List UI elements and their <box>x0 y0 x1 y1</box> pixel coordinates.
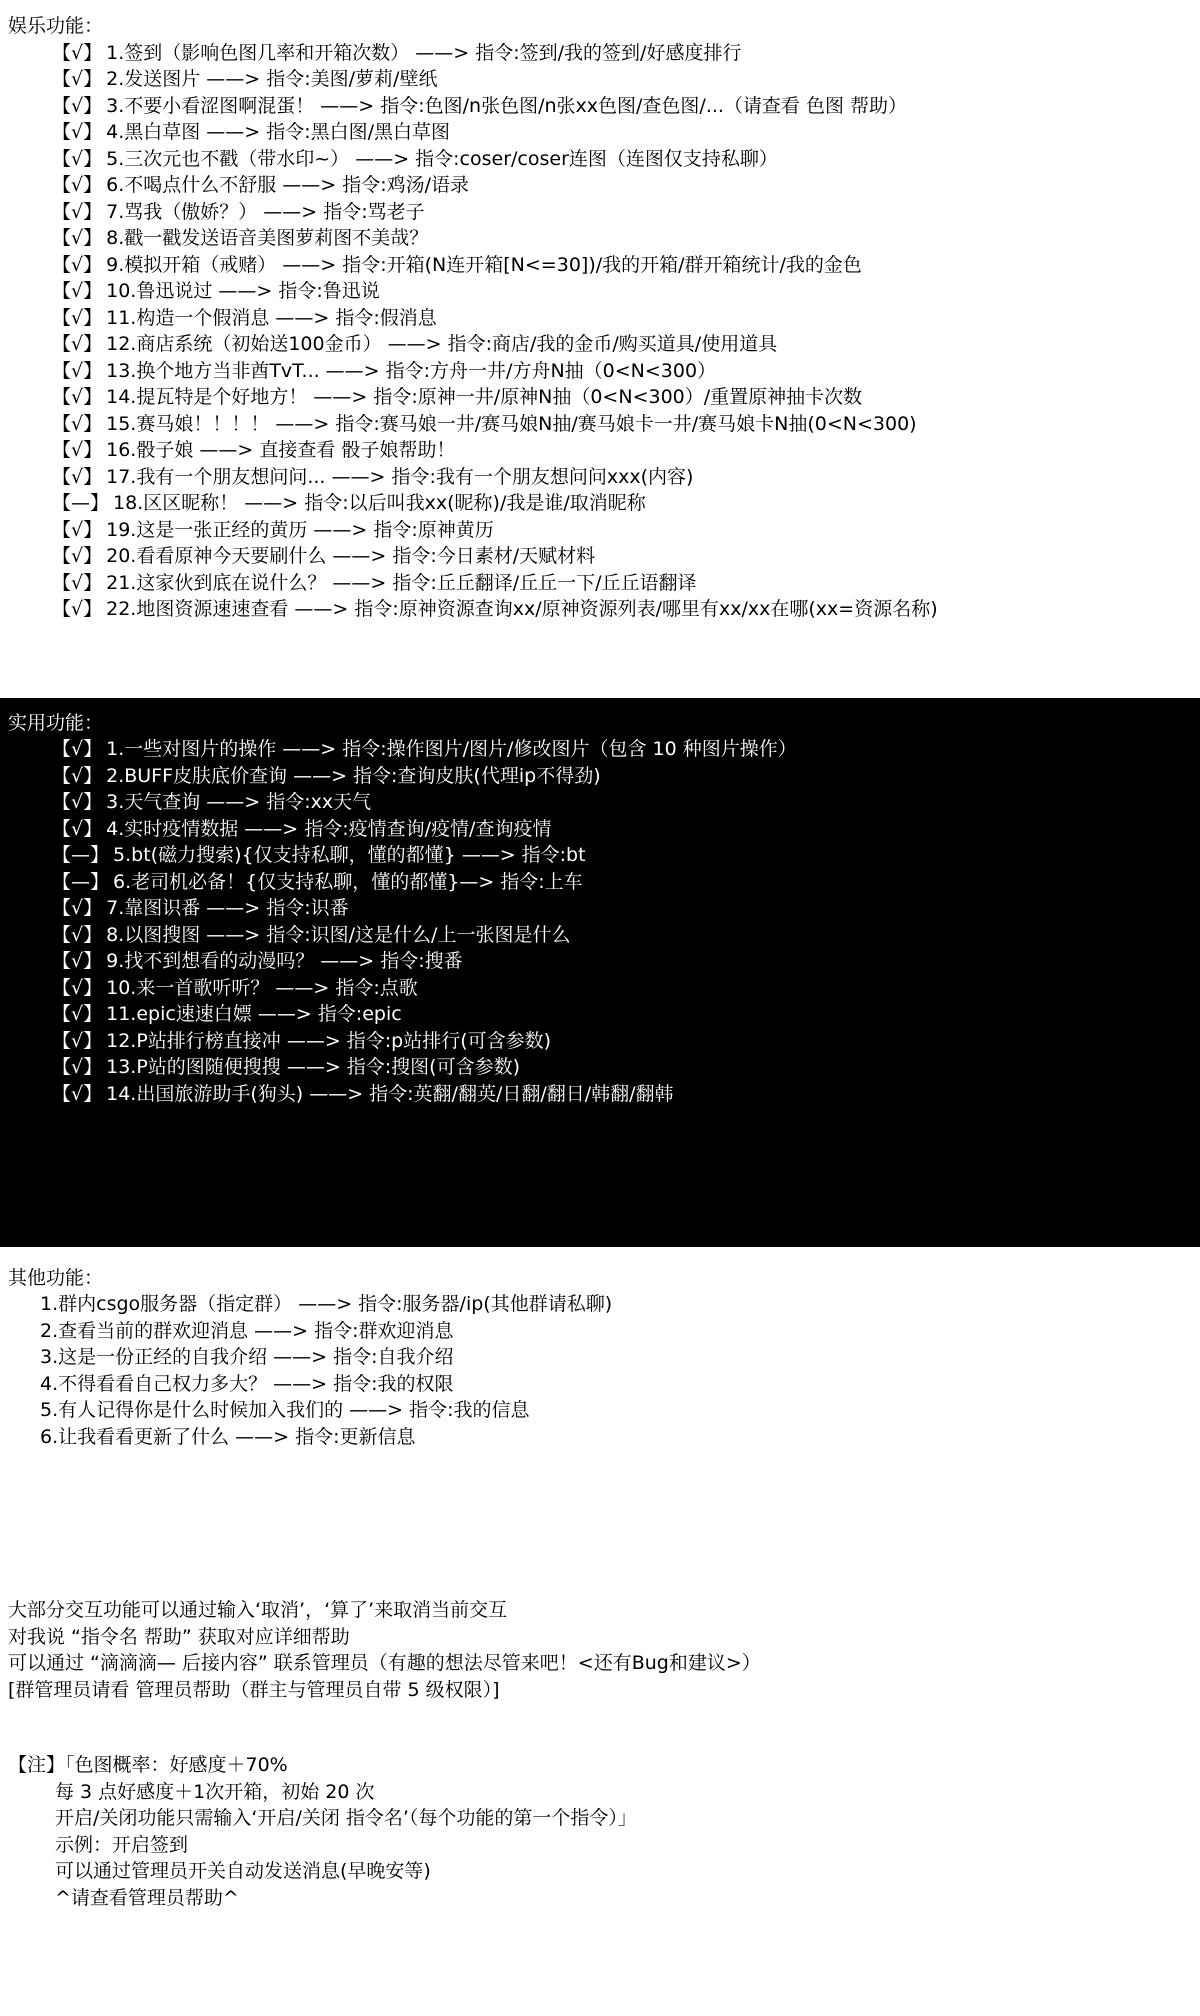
status-mark: 【—】 <box>52 869 109 896</box>
feature-item: 【√】4.实时疫情数据 ——> 指令:疫情查询/疫情/查询疫情 <box>52 816 1200 843</box>
feature-item: 【√】14.出国旅游助手(狗头) ——> 指令:英翻/翻英/日翻/翻日/韩翻/翻… <box>52 1081 1200 1108</box>
feature-text: 18.区区昵称！ ——> 指令:以后叫我xx(昵称)/我是谁/取消昵称 <box>113 492 646 514</box>
note-line: 对我说 “指令名 帮助” 获取对应详细帮助 <box>8 1624 1200 1651</box>
feature-text: 4.实时疫情数据 ——> 指令:疫情查询/疫情/查询疫情 <box>106 818 551 840</box>
remark-line: 可以通过管理员开关自动发送消息(早晚安等) <box>55 1858 1200 1885</box>
feature-text: 3.不要小看涩图啊混蛋！ ——> 指令:色图/n张色图/n张xx色图/查色图/.… <box>106 95 907 117</box>
feature-item: 【—】18.区区昵称！ ——> 指令:以后叫我xx(昵称)/我是谁/取消昵称 <box>52 490 1200 517</box>
usage-notes-list: 大部分交互功能可以通过输入‘取消’，‘算了’来取消当前交互 对我说 “指令名 帮… <box>8 1597 1200 1703</box>
note-line: [群管理员请看 管理员帮助（群主与管理员自带 5 级权限）] <box>8 1677 1200 1704</box>
feature-text: 21.这家伙到底在说什么？ ——> 指令:丘丘翻译/丘丘一下/丘丘语翻译 <box>106 572 696 594</box>
feature-item: 【√】3.天气查询 ——> 指令:xx天气 <box>52 789 1200 816</box>
feature-text: 13.换个地方当非酋TvT... ——> 指令:方舟一井/方舟N抽（0<N<30… <box>106 360 716 382</box>
feature-item: 3.这是一份正经的自我介绍 ——> 指令:自我介绍 <box>40 1344 1200 1371</box>
status-mark: 【√】 <box>52 331 102 358</box>
practical-feature-list: 【√】1.一些对图片的操作 ——> 指令:操作图片/图片/修改图片（包含 10 … <box>8 736 1200 1107</box>
feature-item: 【√】7.靠图识番 ——> 指令:识番 <box>52 895 1200 922</box>
feature-item: 【√】16.骰子娘 ——> 直接查看 骰子娘帮助！ <box>52 437 1200 464</box>
remark-line: 开启/关闭功能只需输入‘开启/关闭 指令名’（每个功能的第一个指令）」 <box>55 1805 1200 1832</box>
feature-item: 【√】4.黑白草图 ——> 指令:黑白图/黑白草图 <box>52 119 1200 146</box>
status-mark: 【√】 <box>52 736 102 763</box>
usage-notes: 大部分交互功能可以通过输入‘取消’，‘算了’来取消当前交互 对我说 “指令名 帮… <box>0 1597 1200 1703</box>
feature-item: 【√】1.一些对图片的操作 ——> 指令:操作图片/图片/修改图片（包含 10 … <box>52 736 1200 763</box>
remark-line: 示例：开启签到 <box>55 1832 1200 1859</box>
feature-item: 【√】5.三次元也不戳（带水印~） ——> 指令:coser/coser连图（连… <box>52 146 1200 173</box>
status-mark: 【√】 <box>52 119 102 146</box>
feature-text: 8.以图搜图 ——> 指令:识图/这是什么/上一张图是什么 <box>106 924 570 946</box>
feature-item: 5.有人记得你是什么时候加入我们的 ——> 指令:我的信息 <box>40 1397 1200 1424</box>
note-text: 大部分交互功能可以通过输入‘取消’，‘算了’来取消当前交互 <box>8 1599 507 1621</box>
feature-item: 【√】2.发送图片 ——> 指令:美图/萝莉/壁纸 <box>52 66 1200 93</box>
practical-section-title: 实用功能： <box>8 710 1200 737</box>
feature-item: 【√】22.地图资源速速查看 ——> 指令:原神资源查询xx/原神资源列表/哪里… <box>52 596 1200 623</box>
feature-item: 【√】3.不要小看涩图啊混蛋！ ——> 指令:色图/n张色图/n张xx色图/查色… <box>52 93 1200 120</box>
status-mark: 【√】 <box>52 93 102 120</box>
feature-item: 【√】8.戳一戳发送语音美图萝莉图不美哉？ <box>52 225 1200 252</box>
status-mark: 【√】 <box>52 895 102 922</box>
note-text: 可以通过 “滴滴滴— 后接内容” 联系管理员（有趣的想法尽管来吧！<还有Bug和… <box>8 1652 761 1674</box>
feature-item: 【√】19.这是一张正经的黄历 ——> 指令:原神黄历 <box>52 517 1200 544</box>
bot-help-document: 娱乐功能： 【√】1.签到（影响色图几率和开箱次数） ——> 指令:签到/我的签… <box>0 0 1200 1911</box>
status-mark: 【√】 <box>52 252 102 279</box>
feature-text: 1.一些对图片的操作 ——> 指令:操作图片/图片/修改图片（包含 10 种图片… <box>106 738 797 760</box>
feature-item: 【√】11.epic速速白嫖 ——> 指令:epic <box>52 1001 1200 1028</box>
status-mark: 【√】 <box>52 922 102 949</box>
status-mark: 【√】 <box>52 358 102 385</box>
status-mark: 【√】 <box>52 146 102 173</box>
feature-text: 17.我有一个朋友想问问... ——> 指令:我有一个朋友想问问xxx(内容) <box>106 466 693 488</box>
status-mark: 【√】 <box>52 411 102 438</box>
section-entertainment: 娱乐功能： 【√】1.签到（影响色图几率和开箱次数） ——> 指令:签到/我的签… <box>0 0 1200 623</box>
feature-item: 【√】12.商店系统（初始送100金币） ——> 指令:商店/我的金币/购买道具… <box>52 331 1200 358</box>
feature-text: 2.查看当前的群欢迎消息 ——> 指令:群欢迎消息 <box>40 1320 454 1342</box>
feature-item: 【—】5.bt(磁力搜索){仅支持私聊，懂的都懂} ——> 指令:bt <box>52 842 1200 869</box>
status-mark: 【√】 <box>52 384 102 411</box>
feature-item: 【√】6.不喝点什么不舒服 ——> 指令:鸡汤/语录 <box>52 172 1200 199</box>
feature-item: 2.查看当前的群欢迎消息 ——> 指令:群欢迎消息 <box>40 1318 1200 1345</box>
status-mark: 【√】 <box>52 1081 102 1108</box>
feature-text: 11.epic速速白嫖 ——> 指令:epic <box>106 1003 402 1025</box>
status-mark: 【√】 <box>52 464 102 491</box>
feature-text: 9.模拟开箱（戒赌） ——> 指令:开箱(N连开箱[N<=30])/我的开箱/群… <box>106 254 862 276</box>
feature-item: 1.群内csgo服务器（指定群） ——> 指令:服务器/ip(其他群请私聊) <box>40 1291 1200 1318</box>
status-mark: 【√】 <box>52 278 102 305</box>
status-mark: 【√】 <box>52 517 102 544</box>
feature-text: 8.戳一戳发送语音美图萝莉图不美哉？ <box>106 227 428 249</box>
status-mark: 【√】 <box>52 596 102 623</box>
remark-head: 【注】「色图概率：好感度＋70% <box>8 1752 1200 1779</box>
feature-text: 3.这是一份正经的自我介绍 ——> 指令:自我介绍 <box>40 1346 454 1368</box>
feature-item: 【√】10.鲁迅说过 ——> 指令:鲁迅说 <box>52 278 1200 305</box>
status-mark: 【√】 <box>52 1001 102 1028</box>
feature-text: 12.商店系统（初始送100金币） ——> 指令:商店/我的金币/购买道具/使用… <box>106 333 777 355</box>
status-mark: 【√】 <box>52 948 102 975</box>
feature-text: 19.这是一张正经的黄历 ——> 指令:原神黄历 <box>106 519 494 541</box>
status-mark: 【—】 <box>52 842 109 869</box>
feature-item: 【√】17.我有一个朋友想问问... ——> 指令:我有一个朋友想问问xxx(内… <box>52 464 1200 491</box>
feature-text: 9.找不到想看的动漫吗？ ——> 指令:搜番 <box>106 950 463 972</box>
status-mark: 【√】 <box>52 763 102 790</box>
status-mark: 【√】 <box>52 816 102 843</box>
remark-text: ^请查看管理员帮助^ <box>55 1887 239 1909</box>
entertainment-feature-list: 【√】1.签到（影响色图几率和开箱次数） ——> 指令:签到/我的签到/好感度排… <box>8 40 1200 623</box>
note-text: [群管理员请看 管理员帮助（群主与管理员自带 5 级权限）] <box>8 1679 500 1701</box>
feature-item: 【√】21.这家伙到底在说什么？ ——> 指令:丘丘翻译/丘丘一下/丘丘语翻译 <box>52 570 1200 597</box>
status-mark: 【√】 <box>52 1028 102 1055</box>
feature-text: 1.签到（影响色图几率和开箱次数） ——> 指令:签到/我的签到/好感度排行 <box>106 42 741 64</box>
remark-block: 【注】「色图概率：好感度＋70% 每 3 点好感度＋1次开箱，初始 20 次 开… <box>0 1752 1200 1911</box>
feature-text: 20.看看原神今天要刷什么 ——> 指令:今日素材/天赋材料 <box>106 545 595 567</box>
feature-item: 【√】13.换个地方当非酋TvT... ——> 指令:方舟一井/方舟N抽（0<N… <box>52 358 1200 385</box>
status-mark: 【√】 <box>52 1054 102 1081</box>
feature-text: 4.黑白草图 ——> 指令:黑白图/黑白草图 <box>106 121 450 143</box>
status-mark: 【√】 <box>52 305 102 332</box>
remark-line: 每 3 点好感度＋1次开箱，初始 20 次 <box>55 1779 1200 1806</box>
other-section-title: 其他功能： <box>8 1265 1200 1292</box>
status-mark: 【√】 <box>52 225 102 252</box>
status-mark: 【√】 <box>52 975 102 1002</box>
feature-text: 11.构造一个假消息 ——> 指令:假消息 <box>106 307 437 329</box>
remark-text: 每 3 点好感度＋1次开箱，初始 20 次 <box>55 1781 375 1803</box>
status-mark: 【√】 <box>52 543 102 570</box>
feature-item: 【√】12.P站排行榜直接冲 ——> 指令:p站排行(可含参数) <box>52 1028 1200 1055</box>
status-mark: 【—】 <box>52 490 109 517</box>
feature-text: 3.天气查询 ——> 指令:xx天气 <box>106 791 371 813</box>
status-mark: 【√】 <box>52 199 102 226</box>
feature-text: 16.骰子娘 ——> 直接查看 骰子娘帮助！ <box>106 439 455 461</box>
feature-text: 13.P站的图随便搜搜 ——> 指令:搜图(可含参数) <box>106 1056 520 1078</box>
entertainment-section-title: 娱乐功能： <box>8 13 1200 40</box>
feature-text: 12.P站排行榜直接冲 ——> 指令:p站排行(可含参数) <box>106 1030 551 1052</box>
section-practical: 实用功能： 【√】1.一些对图片的操作 ——> 指令:操作图片/图片/修改图片（… <box>0 698 1200 1247</box>
feature-text: 14.出国旅游助手(狗头) ——> 指令:英翻/翻英/日翻/翻日/韩翻/翻韩 <box>106 1083 673 1105</box>
feature-item: 【√】11.构造一个假消息 ——> 指令:假消息 <box>52 305 1200 332</box>
feature-item: 【√】13.P站的图随便搜搜 ——> 指令:搜图(可含参数) <box>52 1054 1200 1081</box>
feature-text: 6.让我看看更新了什么 ——> 指令:更新信息 <box>40 1426 416 1448</box>
feature-text: 10.鲁迅说过 ——> 指令:鲁迅说 <box>106 280 380 302</box>
remark-text: 示例：开启签到 <box>55 1834 188 1856</box>
feature-text: 1.群内csgo服务器（指定群） ——> 指令:服务器/ip(其他群请私聊) <box>40 1293 612 1315</box>
feature-text: 14.提瓦特是个好地方！ ——> 指令:原神一井/原神N抽（0<N<300）/重… <box>106 386 862 408</box>
feature-text: 2.BUFF皮肤底价查询 ——> 指令:查询皮肤(代理ip不得劲) <box>106 765 601 787</box>
feature-text: 4.不得看看自己权力多大？ ——> 指令:我的权限 <box>40 1373 454 1395</box>
section-other: 其他功能： 1.群内csgo服务器（指定群） ——> 指令:服务器/ip(其他群… <box>0 1265 1200 1451</box>
status-mark: 【√】 <box>52 172 102 199</box>
remark-text: 开启/关闭功能只需输入‘开启/关闭 指令名’（每个功能的第一个指令）」 <box>55 1807 637 1829</box>
note-text: 对我说 “指令名 帮助” 获取对应详细帮助 <box>8 1626 350 1648</box>
remark-text: 可以通过管理员开关自动发送消息(早晚安等) <box>55 1860 431 1882</box>
feature-text: 5.bt(磁力搜索){仅支持私聊，懂的都懂} ——> 指令:bt <box>113 844 586 866</box>
feature-text: 7.靠图识番 ——> 指令:识番 <box>106 897 349 919</box>
feature-item: 【√】20.看看原神今天要刷什么 ——> 指令:今日素材/天赋材料 <box>52 543 1200 570</box>
feature-text: 7.骂我（傲娇？） ——> 指令:骂老子 <box>106 201 425 223</box>
feature-item: 【√】10.来一首歌听听？ ——> 指令:点歌 <box>52 975 1200 1002</box>
feature-item: 4.不得看看自己权力多大？ ——> 指令:我的权限 <box>40 1371 1200 1398</box>
feature-item: 【√】1.签到（影响色图几率和开箱次数） ——> 指令:签到/我的签到/好感度排… <box>52 40 1200 67</box>
remark-lines-list: 每 3 点好感度＋1次开箱，初始 20 次 开启/关闭功能只需输入‘开启/关闭 … <box>8 1779 1200 1912</box>
feature-text: 6.不喝点什么不舒服 ——> 指令:鸡汤/语录 <box>106 174 469 196</box>
status-mark: 【√】 <box>52 570 102 597</box>
note-line: 大部分交互功能可以通过输入‘取消’，‘算了’来取消当前交互 <box>8 1597 1200 1624</box>
feature-item: 6.让我看看更新了什么 ——> 指令:更新信息 <box>40 1424 1200 1451</box>
feature-text: 10.来一首歌听听？ ——> 指令:点歌 <box>106 977 418 999</box>
feature-text: 5.三次元也不戳（带水印~） ——> 指令:coser/coser连图（连图仅支… <box>106 148 778 170</box>
feature-text: 5.有人记得你是什么时候加入我们的 ——> 指令:我的信息 <box>40 1399 530 1421</box>
feature-item: 【√】7.骂我（傲娇？） ——> 指令:骂老子 <box>52 199 1200 226</box>
feature-item: 【√】8.以图搜图 ——> 指令:识图/这是什么/上一张图是什么 <box>52 922 1200 949</box>
note-line: 可以通过 “滴滴滴— 后接内容” 联系管理员（有趣的想法尽管来吧！<还有Bug和… <box>8 1650 1200 1677</box>
feature-item: 【√】9.找不到想看的动漫吗？ ——> 指令:搜番 <box>52 948 1200 975</box>
status-mark: 【√】 <box>52 789 102 816</box>
status-mark: 【√】 <box>52 40 102 67</box>
status-mark: 【√】 <box>52 437 102 464</box>
feature-text: 2.发送图片 ——> 指令:美图/萝莉/壁纸 <box>106 68 437 90</box>
feature-item: 【√】9.模拟开箱（戒赌） ——> 指令:开箱(N连开箱[N<=30])/我的开… <box>52 252 1200 279</box>
feature-text: 6.老司机必备！{仅支持私聊，懂的都懂}—> 指令:上车 <box>113 871 583 893</box>
feature-item: 【—】6.老司机必备！{仅支持私聊，懂的都懂}—> 指令:上车 <box>52 869 1200 896</box>
feature-text: 22.地图资源速速查看 ——> 指令:原神资源查询xx/原神资源列表/哪里有xx… <box>106 598 938 620</box>
feature-item: 【√】2.BUFF皮肤底价查询 ——> 指令:查询皮肤(代理ip不得劲) <box>52 763 1200 790</box>
feature-item: 【√】15.赛马娘！！！！ ——> 指令:赛马娘一井/赛马娘N抽/赛马娘卡一井/… <box>52 411 1200 438</box>
remark-line: ^请查看管理员帮助^ <box>55 1885 1200 1912</box>
other-feature-list: 1.群内csgo服务器（指定群） ——> 指令:服务器/ip(其他群请私聊) 2… <box>8 1291 1200 1450</box>
status-mark: 【√】 <box>52 66 102 93</box>
feature-item: 【√】14.提瓦特是个好地方！ ——> 指令:原神一井/原神N抽（0<N<300… <box>52 384 1200 411</box>
feature-text: 15.赛马娘！！！！ ——> 指令:赛马娘一井/赛马娘N抽/赛马娘卡一井/赛马娘… <box>106 413 916 435</box>
